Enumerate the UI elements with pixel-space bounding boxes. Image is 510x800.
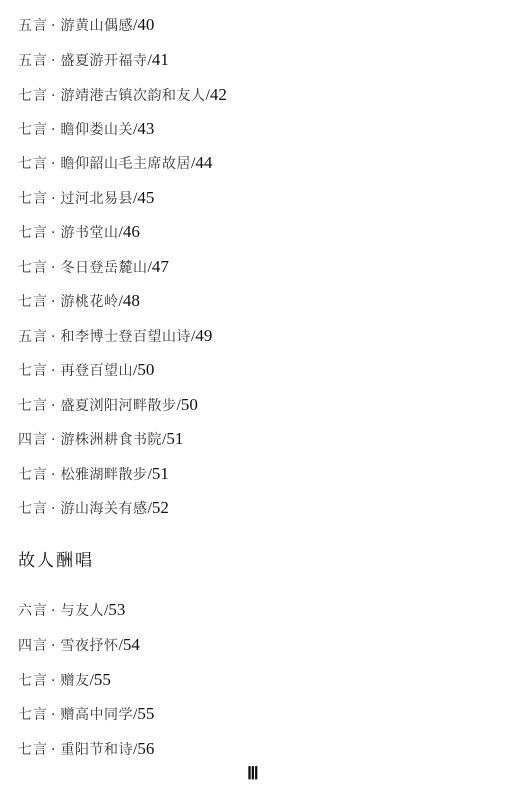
page-ref: 54 — [123, 635, 140, 654]
page-number: Ⅲ — [247, 764, 258, 784]
poem-title: 游靖港古镇次韵和友人 — [60, 88, 205, 104]
page-ref: 46 — [123, 222, 140, 241]
poem-title: 游株洲耕食书院 — [60, 432, 162, 448]
page-ref: 56 — [137, 739, 154, 758]
toc-entry: 七言·再登百望山/50 — [18, 359, 154, 381]
separator-dot: · — [51, 88, 55, 104]
toc-entry: 四言·雪夜抒怀/54 — [18, 634, 140, 656]
page-ref: 41 — [152, 50, 169, 69]
page-ref: 52 — [152, 498, 169, 517]
poem-title: 过河北易县 — [60, 191, 133, 207]
separator-dot: · — [51, 18, 55, 34]
toc-entry: 七言·瞻仰娄山关/43 — [18, 118, 154, 140]
toc-entry: 七言·重阳节和诗/56 — [18, 738, 154, 760]
poem-form: 七言 — [18, 122, 48, 138]
poem-title: 重阳节和诗 — [60, 742, 133, 758]
toc-entry: 五言·游黄山偶感/40 — [18, 14, 154, 36]
page-ref: 40 — [137, 15, 154, 34]
poem-title: 赠友 — [60, 673, 89, 689]
separator-dot: · — [51, 707, 55, 723]
poem-title: 冬日登岳麓山 — [60, 260, 147, 276]
poem-title: 盛夏游开福寺 — [60, 53, 147, 69]
page-ref: 49 — [195, 326, 212, 345]
poem-title: 赠高中同学 — [60, 707, 133, 723]
poem-title: 瞻仰娄山关 — [60, 122, 133, 138]
toc-entry: 六言·与友人/53 — [18, 599, 125, 621]
toc-entry: 七言·游桃花岭/48 — [18, 290, 140, 312]
page-ref: 55 — [94, 670, 111, 689]
page-ref: 43 — [137, 119, 154, 138]
toc-entry: 五言·和李博士登百望山诗/49 — [18, 325, 212, 347]
section-heading: 故人酬唱 — [18, 546, 94, 571]
separator-dot: · — [51, 122, 55, 138]
poem-title: 盛夏浏阳河畔散步 — [60, 398, 176, 414]
separator-dot: · — [51, 156, 55, 172]
separator-dot: · — [51, 53, 55, 69]
page-ref: 45 — [137, 188, 154, 207]
poem-title: 游黄山偶感 — [60, 18, 133, 34]
poem-form: 四言 — [18, 432, 48, 448]
toc-entry: 七言·赠高中同学/55 — [18, 703, 154, 725]
poem-form: 七言 — [18, 156, 48, 172]
separator-dot: · — [51, 501, 55, 517]
separator-dot: · — [51, 673, 55, 689]
toc-entry: 七言·游靖港古镇次韵和友人/42 — [18, 84, 227, 106]
poem-form: 五言 — [18, 53, 48, 69]
separator-dot: · — [51, 467, 55, 483]
page-ref: 47 — [152, 257, 169, 276]
separator-dot: · — [51, 294, 55, 310]
toc-entry: 七言·冬日登岳麓山/47 — [18, 256, 169, 278]
toc-entry: 七言·游书堂山/46 — [18, 221, 140, 243]
page-ref: 53 — [108, 600, 125, 619]
toc-entry: 七言·松雅湖畔散步/51 — [18, 463, 169, 485]
poem-title: 再登百望山 — [60, 363, 133, 379]
toc-entry: 七言·盛夏浏阳河畔散步/50 — [18, 394, 198, 416]
separator-dot: · — [51, 225, 55, 241]
poem-title: 松雅湖畔散步 — [60, 467, 147, 483]
poem-form: 七言 — [18, 467, 48, 483]
toc-entry: 七言·过河北易县/45 — [18, 187, 154, 209]
page-ref: 44 — [195, 153, 212, 172]
poem-form: 七言 — [18, 398, 48, 414]
poem-form: 六言 — [18, 603, 48, 619]
separator-dot: · — [51, 329, 55, 345]
poem-form: 七言 — [18, 294, 48, 310]
toc-entry: 五言·盛夏游开福寺/41 — [18, 49, 169, 71]
poem-title: 与友人 — [60, 603, 104, 619]
poem-title: 游桃花岭 — [60, 294, 118, 310]
page-ref: 50 — [181, 395, 198, 414]
toc-entry: 七言·赠友/55 — [18, 669, 111, 691]
separator-dot: · — [51, 432, 55, 448]
separator-dot: · — [51, 191, 55, 207]
page-ref: 55 — [137, 704, 154, 723]
poem-form: 五言 — [18, 329, 48, 345]
separator-dot: · — [51, 603, 55, 619]
poem-form: 七言 — [18, 260, 48, 276]
poem-form: 七言 — [18, 673, 48, 689]
poem-title: 和李博士登百望山诗 — [60, 329, 191, 345]
separator-dot: · — [51, 260, 55, 276]
toc-entry: 七言·游山海关有感/52 — [18, 497, 169, 519]
toc-entry: 七言·瞻仰韶山毛主席故居/44 — [18, 152, 212, 174]
page-ref: 48 — [123, 291, 140, 310]
poem-title: 游山海关有感 — [60, 501, 147, 517]
page-ref: 51 — [152, 464, 169, 483]
poem-form: 七言 — [18, 191, 48, 207]
poem-form: 七言 — [18, 742, 48, 758]
poem-form: 四言 — [18, 638, 48, 654]
poem-form: 五言 — [18, 18, 48, 34]
poem-title: 瞻仰韶山毛主席故居 — [60, 156, 191, 172]
poem-title: 雪夜抒怀 — [60, 638, 118, 654]
separator-dot: · — [51, 363, 55, 379]
poem-form: 七言 — [18, 88, 48, 104]
separator-dot: · — [51, 638, 55, 654]
poem-form: 七言 — [18, 225, 48, 241]
page-ref: 51 — [166, 429, 183, 448]
page-ref: 42 — [210, 85, 227, 104]
poem-form: 七言 — [18, 707, 48, 723]
separator-dot: · — [51, 398, 55, 414]
separator-dot: · — [51, 742, 55, 758]
poem-form: 七言 — [18, 363, 48, 379]
toc-entry: 四言·游株洲耕食书院/51 — [18, 428, 183, 450]
page-ref: 50 — [137, 360, 154, 379]
poem-form: 七言 — [18, 501, 48, 517]
poem-title: 游书堂山 — [60, 225, 118, 241]
